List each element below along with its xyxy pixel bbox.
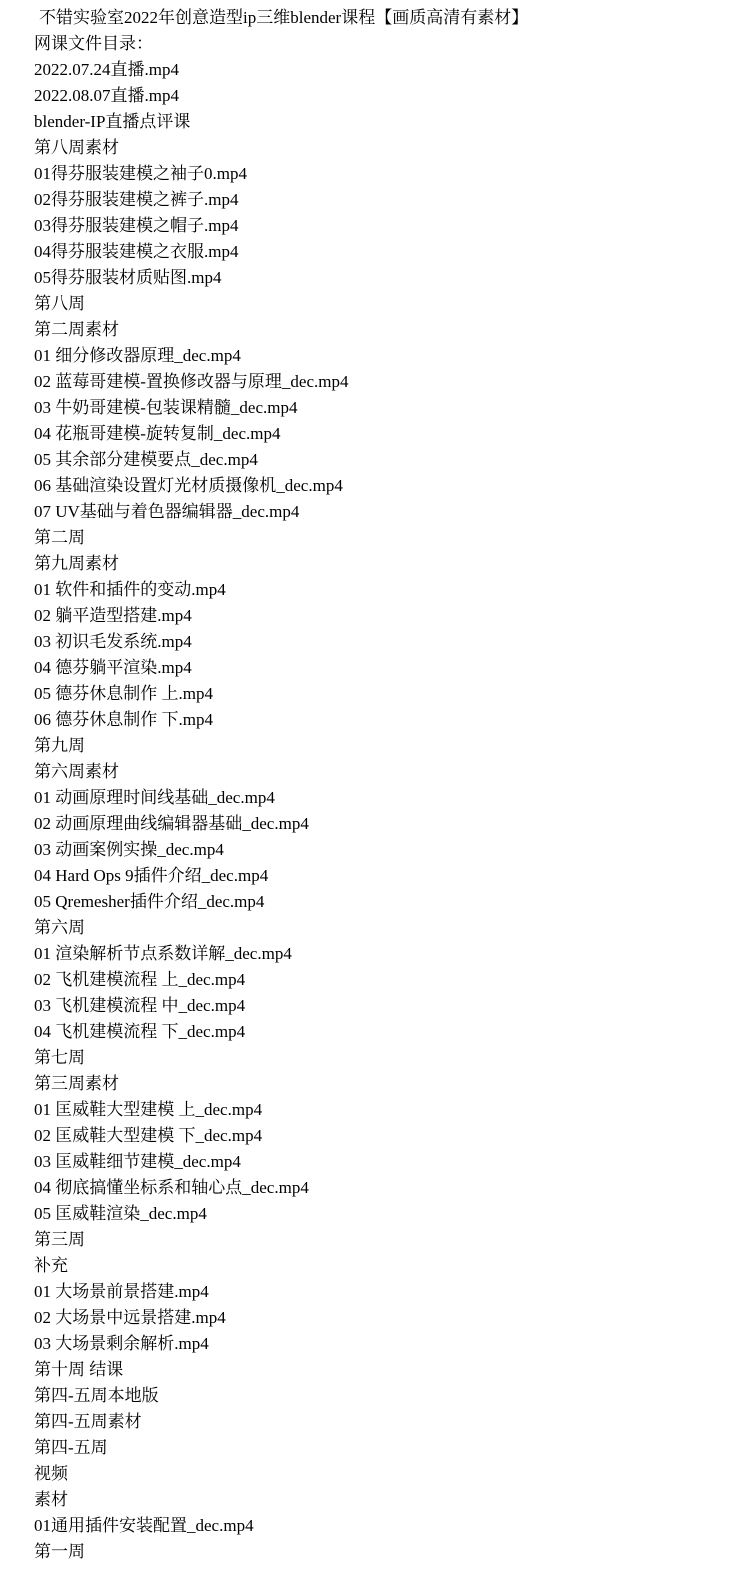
file-item: 05 德芬休息制作 上.mp4 (34, 681, 740, 707)
file-item: 02 蓝莓哥建模-置换修改器与原理_dec.mp4 (34, 369, 740, 395)
file-item: 03 大场景剩余解析.mp4 (34, 1331, 740, 1357)
file-item: 2022.08.07直播.mp4 (34, 83, 740, 109)
folder-item: 第七周 (34, 1045, 740, 1071)
folder-item: 第六周素材 (34, 759, 740, 785)
file-item: 01 渲染解析节点系数详解_dec.mp4 (34, 941, 740, 967)
file-item: 01 大场景前景搭建.mp4 (34, 1279, 740, 1305)
file-item: 05 其余部分建模要点_dec.mp4 (34, 447, 740, 473)
file-item: 04 彻底搞懂坐标系和轴心点_dec.mp4 (34, 1175, 740, 1201)
file-list: 2022.07.24直播.mp42022.08.07直播.mp4blender-… (34, 57, 740, 1565)
file-item: 01得芬服装建模之袖子0.mp4 (34, 161, 740, 187)
file-item: 03 动画案例实操_dec.mp4 (34, 837, 740, 863)
file-item: 02 躺平造型搭建.mp4 (34, 603, 740, 629)
folder-item: 第四-五周素材 (34, 1409, 740, 1435)
folder-item: 视频 (34, 1461, 740, 1487)
file-item: 04 花瓶哥建模-旋转复制_dec.mp4 (34, 421, 740, 447)
file-item: 02 飞机建模流程 上_dec.mp4 (34, 967, 740, 993)
folder-item: 第二周 (34, 525, 740, 551)
file-item: 04得芬服装建模之衣服.mp4 (34, 239, 740, 265)
folder-item: blender-IP直播点评课 (34, 109, 740, 135)
folder-item: 素材 (34, 1487, 740, 1513)
course-file-listing: 不错实验室2022年创意造型ip三维blender课程【画质高清有素材】 网课文… (0, 0, 750, 1565)
directory-label: 网课文件目录： (34, 31, 740, 57)
folder-item: 第四-五周 (34, 1435, 740, 1461)
file-item: 03 牛奶哥建模-包装课精髓_dec.mp4 (34, 395, 740, 421)
file-item: 01 软件和插件的变动.mp4 (34, 577, 740, 603)
file-item: 01 匡威鞋大型建模 上_dec.mp4 (34, 1097, 740, 1123)
file-item: 03 飞机建模流程 中_dec.mp4 (34, 993, 740, 1019)
file-item: 03 初识毛发系统.mp4 (34, 629, 740, 655)
folder-item: 第三周素材 (34, 1071, 740, 1097)
file-item: 04 飞机建模流程 下_dec.mp4 (34, 1019, 740, 1045)
folder-item: 第十周 结课 (34, 1357, 740, 1383)
folder-item: 第九周 (34, 733, 740, 759)
folder-item: 第九周素材 (34, 551, 740, 577)
folder-item: 第二周素材 (34, 317, 740, 343)
folder-item: 补充 (34, 1253, 740, 1279)
file-item: 01通用插件安装配置_dec.mp4 (34, 1513, 740, 1539)
folder-item: 第八周素材 (34, 135, 740, 161)
file-item: 06 基础渲染设置灯光材质摄像机_dec.mp4 (34, 473, 740, 499)
file-item: 05得芬服装材质贴图.mp4 (34, 265, 740, 291)
folder-item: 第一周 (34, 1539, 740, 1565)
file-item: 02 动画原理曲线编辑器基础_dec.mp4 (34, 811, 740, 837)
file-item: 05 匡威鞋渲染_dec.mp4 (34, 1201, 740, 1227)
file-item: 04 Hard Ops 9插件介绍_dec.mp4 (34, 863, 740, 889)
file-item: 03 匡威鞋细节建模_dec.mp4 (34, 1149, 740, 1175)
page-title: 不错实验室2022年创意造型ip三维blender课程【画质高清有素材】 (34, 5, 740, 31)
folder-item: 第八周 (34, 291, 740, 317)
folder-item: 第六周 (34, 915, 740, 941)
file-item: 02得芬服装建模之裤子.mp4 (34, 187, 740, 213)
file-item: 06 德芬休息制作 下.mp4 (34, 707, 740, 733)
file-item: 2022.07.24直播.mp4 (34, 57, 740, 83)
file-item: 01 动画原理时间线基础_dec.mp4 (34, 785, 740, 811)
file-item: 04 德芬躺平渲染.mp4 (34, 655, 740, 681)
file-item: 07 UV基础与着色器编辑器_dec.mp4 (34, 499, 740, 525)
file-item: 01 细分修改器原理_dec.mp4 (34, 343, 740, 369)
folder-item: 第三周 (34, 1227, 740, 1253)
file-item: 02 大场景中远景搭建.mp4 (34, 1305, 740, 1331)
file-item: 02 匡威鞋大型建模 下_dec.mp4 (34, 1123, 740, 1149)
file-item: 05 Qremesher插件介绍_dec.mp4 (34, 889, 740, 915)
folder-item: 第四-五周本地版 (34, 1383, 740, 1409)
file-item: 03得芬服装建模之帽子.mp4 (34, 213, 740, 239)
